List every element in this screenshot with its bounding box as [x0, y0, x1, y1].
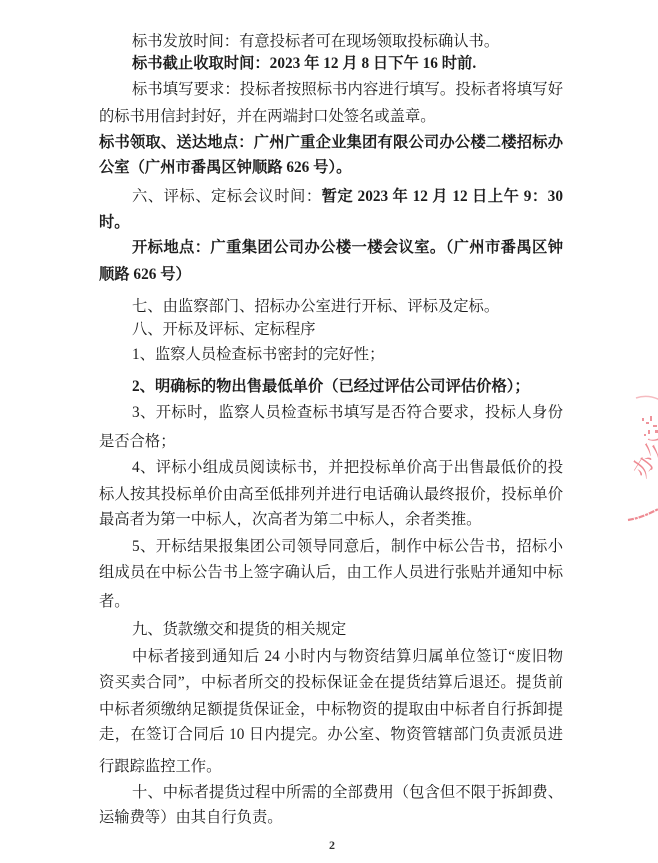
text-line: 时。 — [99, 214, 563, 232]
text-line: 标书发放时间：有意投标者可在现场领取投标确认书。 — [99, 33, 563, 51]
text-line: 走，在签订合同后 10 日内提完。办公室、物资管辖部门负责派员进 — [99, 726, 563, 744]
text-line: 七、由监察部门、招标办公室进行开标、评标及定标。 — [99, 298, 563, 316]
document-page: 标书发放时间：有意投标者可在现场领取投标确认书。 标书截止收取时间：2023 年… — [0, 0, 658, 863]
text-line: 者。 — [99, 593, 563, 611]
text-line: 标书截止收取时间：2023 年 12 月 8 日下午 16 时前. — [99, 55, 563, 73]
text-line: 标书填写要求：投标者按照标书内容进行填写。投标者将填写好 — [99, 81, 563, 99]
text-line: 5、开标结果报集团公司领导同意后，制作中标公告书，招标小 — [99, 538, 563, 556]
red-seal-stamp: 办公 — [600, 370, 658, 550]
text-line: 的标书用信封封好，并在两端封口处签名或盖章。 — [99, 108, 563, 126]
text-line: 1、监察人员检查标书密封的完好性； — [99, 346, 563, 364]
text-line: 行跟踪监控工作。 — [99, 758, 563, 776]
text-line: 九、货款缴交和提货的相关规定 — [99, 621, 563, 639]
text-line: 顺路 626 号） — [99, 266, 563, 284]
text-line: 中标者须缴纳足额提货保证金，中标物资的提取由中标者自行拆卸提 — [99, 701, 563, 719]
seal-ring-icon — [600, 370, 658, 550]
text-line: 中标者接到通知后 24 小时内与物资结算归属单位签订“废旧物 — [99, 648, 563, 666]
text-line: 4、评标小组成员阅读标书，并把投标单价高于出售最低价的投 — [99, 459, 563, 477]
seal-text: 办公 — [630, 433, 658, 482]
section-6-meeting-time-value: 暂定 2023 年 12 月 12 日上午 9：30 — [322, 188, 563, 205]
text-line: 资买卖合同”，中标者所交的投标保证金在提货结算后退还。提货前 — [99, 674, 563, 692]
text-line: 2、明确标的物出售最低单价（已经过评估公司评估价格）； — [99, 378, 563, 396]
text-line: 六、评标、定标会议时间：暂定 2023 年 12 月 12 日上午 9：30 — [99, 188, 563, 206]
text-line: 3、开标时，监察人员检查标书填写是否符合要求，投标人身份 — [99, 404, 563, 422]
text-line: 公室（广州市番禺区钟顺路 626 号）。 — [99, 159, 563, 177]
section-6-label: 六、评标、定标会议时间： — [132, 188, 322, 205]
text-line: 标人按其投标单价由高至低排列并进行电话确认最终报价，投标单价 — [99, 486, 563, 504]
text-line: 组成员在中标公告书上签字确认后，由工作人员进行张贴并通知中标 — [99, 564, 563, 582]
text-line: 八、开标及评标、定标程序 — [99, 321, 563, 339]
page-number: 2 — [300, 838, 364, 852]
text-line: 最高者为第一中标人，次高者为第二中标人，余者类推。 — [99, 511, 563, 529]
text-line: 开标地点：广重集团公司办公楼一楼会议室。（广州市番禺区钟 — [99, 239, 563, 257]
text-line: 是否合格； — [99, 433, 563, 451]
text-line: 标书领取、送达地点：广州广重企业集团有限公司办公楼二楼招标办 — [99, 134, 563, 152]
text-line: 运输费等）由其自行负责。 — [99, 809, 563, 827]
text-line: 十、中标者提货过程中所需的全部费用（包含但不限于拆卸费、 — [99, 784, 563, 802]
